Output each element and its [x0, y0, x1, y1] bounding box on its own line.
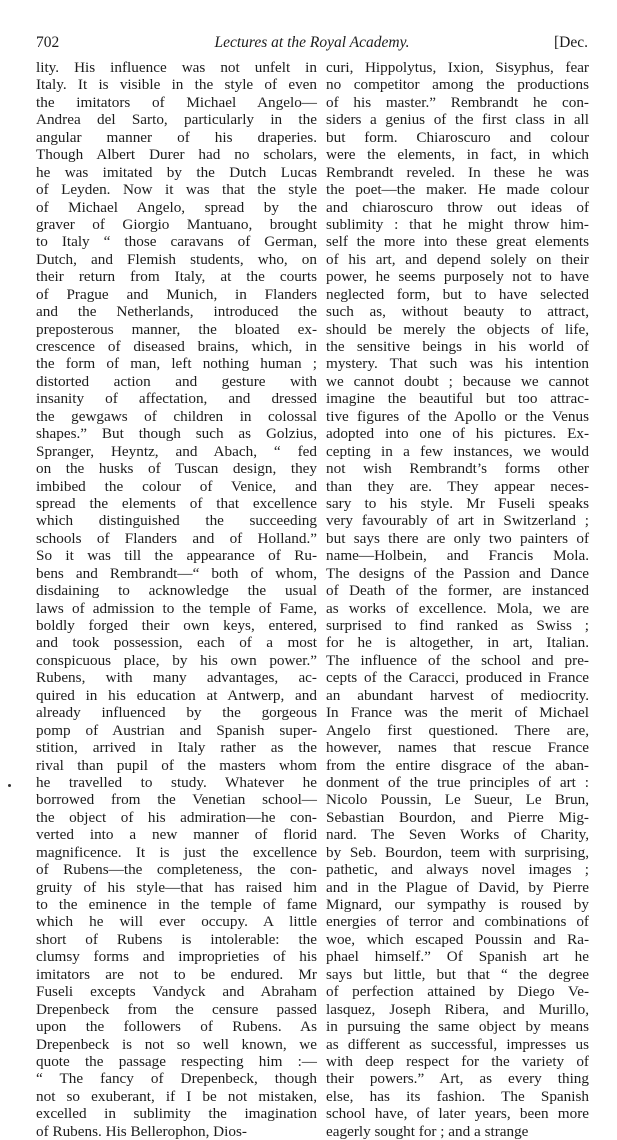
text-line: Though Albert Durer had no scholars, — [36, 146, 317, 163]
text-line: adopted into one of his pictures. Ex- — [326, 425, 589, 442]
text-line: borrowed from the Venetian school— — [36, 791, 317, 808]
text-line: says but little, but that “ the degree — [326, 966, 589, 983]
text-line: of Leyden. Now it was that the style — [36, 181, 317, 198]
text-line: So it was till the appearance of Ru- — [36, 547, 317, 564]
text-line: should be merely the objects of life, — [326, 321, 589, 338]
text-line: “ The fancy of Drepenbeck, though — [36, 1070, 317, 1087]
text-line: very favourably of art in Switzerland ; — [326, 512, 589, 529]
text-line: already influenced by the gorgeous — [36, 704, 317, 721]
text-line: else, has its fashion. The Spanish — [326, 1088, 589, 1105]
text-line: quote the passage respecting him :— — [36, 1053, 317, 1070]
text-line: such as, without beauty to attract, — [326, 303, 589, 320]
text-line: an abundant harvest of mediocrity. — [326, 687, 589, 704]
text-line: Fuseli excepts Vandyck and Abraham — [36, 983, 317, 1000]
text-line: of Prague and Munich, in Flanders — [36, 286, 317, 303]
text-line: from the entire disgrace of the aban- — [326, 757, 589, 774]
text-line: we cannot doubt ; because we cannot — [326, 373, 589, 390]
text-line: on the husks of Tuscan design, they — [36, 460, 317, 477]
text-line: of his master.” Rembrandt he con- — [326, 94, 589, 111]
date-mark: [Dec. — [554, 33, 588, 53]
text-line: In France was the merit of Michael — [326, 704, 589, 721]
text-line: verted into a new manner of florid — [36, 826, 317, 843]
text-line: pathetic, and always novel images ; — [326, 861, 589, 878]
text-line: short of Rubens is intolerable: the — [36, 931, 317, 948]
text-line: not so exuberant, if I be not mistaken, — [36, 1088, 317, 1105]
text-line: he was imitated by the Dutch Lucas — [36, 164, 317, 181]
text-line: lity. His influence was not unfelt in — [36, 59, 317, 76]
text-line: but says there are only two painters of — [326, 530, 589, 547]
text-line: surprised to find ranked as Swiss ; — [326, 617, 589, 634]
text-line: which he will ever occupy. A little — [36, 913, 317, 930]
text-line: and took possession, each of a most — [36, 634, 317, 651]
text-line: lasquez, Joseph Ribera, and Murillo, — [326, 1001, 589, 1018]
text-line: cepts of the Caracci, produced in France — [326, 669, 589, 686]
text-line: and chiaroscuro throw out ideas of — [326, 199, 589, 216]
text-line: with deep respect for the variety of — [326, 1053, 589, 1070]
text-line: excelled in sublimity the imagination — [36, 1105, 317, 1122]
text-line: curi, Hippolytus, Ixion, Sisyphus, fear — [326, 59, 589, 76]
text-line: the sensitive beings in his world of — [326, 338, 589, 355]
text-line: by Seb. Bourdon, teem with surprising, — [326, 844, 589, 861]
text-line: not wish Rembrandt’s forms other — [326, 460, 589, 477]
text-line: to Italy “ those caravans of German, — [36, 233, 317, 250]
text-line: Drepenbeck from the censure passed — [36, 1001, 317, 1018]
text-line: tive figures of the Apollo or the Venus — [326, 408, 589, 425]
text-line: Angelo first questioned. There are, — [326, 722, 589, 739]
text-line: preposterous manner, the bloated ex- — [36, 321, 317, 338]
text-line: bens and Rembrandt—“ both of whom, — [36, 565, 317, 582]
text-line: which distinguished the succeeding — [36, 512, 317, 529]
text-line: were the elements, in fact, in which — [326, 146, 589, 163]
text-line: school have, of later years, been more — [326, 1105, 589, 1122]
text-line: Dutch, and Flemish students, who, on — [36, 251, 317, 268]
text-line: cepting in a few instances, we would — [326, 443, 589, 460]
text-line: Italy. It is visible in the style of eve… — [36, 76, 317, 93]
left-column: lity. His influence was not unfelt inIta… — [36, 59, 317, 1140]
text-line: the poet—the maker. He made colour — [326, 181, 589, 198]
text-line: of perfection attained by Diego Ve- — [326, 983, 589, 1000]
text-line: mystery. That such was his intention — [326, 355, 589, 372]
text-line: of Rubens—the completeness, the con- — [36, 861, 317, 878]
text-line: eagerly sought for ; and a strange — [326, 1123, 589, 1140]
text-line: their return from Italy, at the courts — [36, 268, 317, 285]
text-line: laws of admission to the temple of Fame, — [36, 600, 317, 617]
text-line: schools of Flanders and of Holland.” — [36, 530, 317, 547]
margin-mark — [8, 784, 11, 787]
text-line: of Michael Angelo, spread by the — [36, 199, 317, 216]
text-line: insanity of affectation, and dressed — [36, 390, 317, 407]
text-line: distorted action and gesture with — [36, 373, 317, 390]
right-column: curi, Hippolytus, Ixion, Sisyphus, fearn… — [326, 59, 589, 1140]
text-line: of Death of the former, are instanced — [326, 582, 589, 599]
text-line: donment of the true principles of art : — [326, 774, 589, 791]
text-line: the imitators of Michael Angelo— — [36, 94, 317, 111]
text-line: no competitor among the productions — [326, 76, 589, 93]
text-line: Rubens, with many advantages, ac- — [36, 669, 317, 686]
text-line: as different as successful, impresses us — [326, 1036, 589, 1053]
text-line: name—Holbein, and Francis Mola. — [326, 547, 589, 564]
text-line: conspicuous place, by his own power.” — [36, 652, 317, 669]
text-line: their powers.” Art, as every thing — [326, 1070, 589, 1087]
text-line: Andrea del Sarto, particularly in the — [36, 111, 317, 128]
text-line: siders a genius of the first class in al… — [326, 111, 589, 128]
text-line: nard. The Seven Works of Charity, — [326, 826, 589, 843]
text-line: The designs of the Passion and Dance — [326, 565, 589, 582]
text-line: and the Netherlands, introduced the — [36, 303, 317, 320]
text-line: self the more into these great elements — [326, 233, 589, 250]
text-line: Nicolo Poussin, Le Sueur, Le Brun, — [326, 791, 589, 808]
text-line: as works of excellence. Mola, we are — [326, 600, 589, 617]
text-line: he travelled to study. Whatever he — [36, 774, 317, 791]
text-line: phael himself.” Of Spanish art he — [326, 948, 589, 965]
text-line: shapes.” But though such as Golzius, — [36, 425, 317, 442]
text-line: rival than pupil of the masters whom — [36, 757, 317, 774]
text-line: of Rubens. His Bellerophon, Dios- — [36, 1123, 317, 1140]
running-title: Lectures at the Royal Academy. — [36, 33, 588, 53]
text-line: however, names that rescue France — [326, 739, 589, 756]
text-line: imitators are not to be endured. Mr — [36, 966, 317, 983]
text-line: Spranger, Heyntz, and Abach, “ fed — [36, 443, 317, 460]
text-line: The influence of the school and pre- — [326, 652, 589, 669]
text-line: Rembrandt reveled. In these he was — [326, 164, 589, 181]
page-header: 702 Lectures at the Royal Academy. [Dec. — [36, 33, 588, 53]
text-line: the form of man, left nothing human ; — [36, 355, 317, 372]
text-line: and in the Plague of David, by Pierre — [326, 879, 589, 896]
text-line: the object of his admiration—he con- — [36, 809, 317, 826]
text-line: gruity of his style—that has raised him — [36, 879, 317, 896]
text-line: to the eminence in the temple of fame — [36, 896, 317, 913]
text-line: magnificence. It is just the excellence — [36, 844, 317, 861]
text-line: in pursuing the same object by means — [326, 1018, 589, 1035]
text-line: stition, arrived in Italy rather as the — [36, 739, 317, 756]
text-line: angular manner of his draperies. — [36, 129, 317, 146]
text-line: Mignard, our sympathy is roused by — [326, 896, 589, 913]
text-line: the gewgaws of children in colossal — [36, 408, 317, 425]
text-line: Sebastian Bourdon, and Pierre Mig- — [326, 809, 589, 826]
text-line: but form. Chiaroscuro and colour — [326, 129, 589, 146]
text-line: clumsy forms and improprieties of his — [36, 948, 317, 965]
text-line: disdaining to acknowledge the usual — [36, 582, 317, 599]
text-line: boldly forged their own keys, entered, — [36, 617, 317, 634]
text-line: Drepenbeck is not so well known, we — [36, 1036, 317, 1053]
text-line: woe, which escaped Poussin and Ra- — [326, 931, 589, 948]
text-line: neglected form, but to have selected — [326, 286, 589, 303]
text-line: for he is altogether, in art, Italian. — [326, 634, 589, 651]
text-line: upon the followers of Rubens. As — [36, 1018, 317, 1035]
text-line: imagine the beautiful but too attrac- — [326, 390, 589, 407]
text-line: sary to his style. Mr Fuseli speaks — [326, 495, 589, 512]
text-line: graver of Giorgio Mantuano, brought — [36, 216, 317, 233]
text-line: of his art, and depend solely on their — [326, 251, 589, 268]
text-line: sublimity : that he might throw him- — [326, 216, 589, 233]
text-line: crescence of diseased brains, which, in — [36, 338, 317, 355]
text-line: energies of terror and combinations of — [326, 913, 589, 930]
text-line: imbibed the colour of Venice, and — [36, 478, 317, 495]
text-line: quired in his education at Antwerp, and — [36, 687, 317, 704]
text-line: power, he seems purposely not to have — [326, 268, 589, 285]
text-line: than they are. They appear neces- — [326, 478, 589, 495]
text-line: pomp of Austrian and Spanish super- — [36, 722, 317, 739]
text-line: spread the elements of that excellence — [36, 495, 317, 512]
